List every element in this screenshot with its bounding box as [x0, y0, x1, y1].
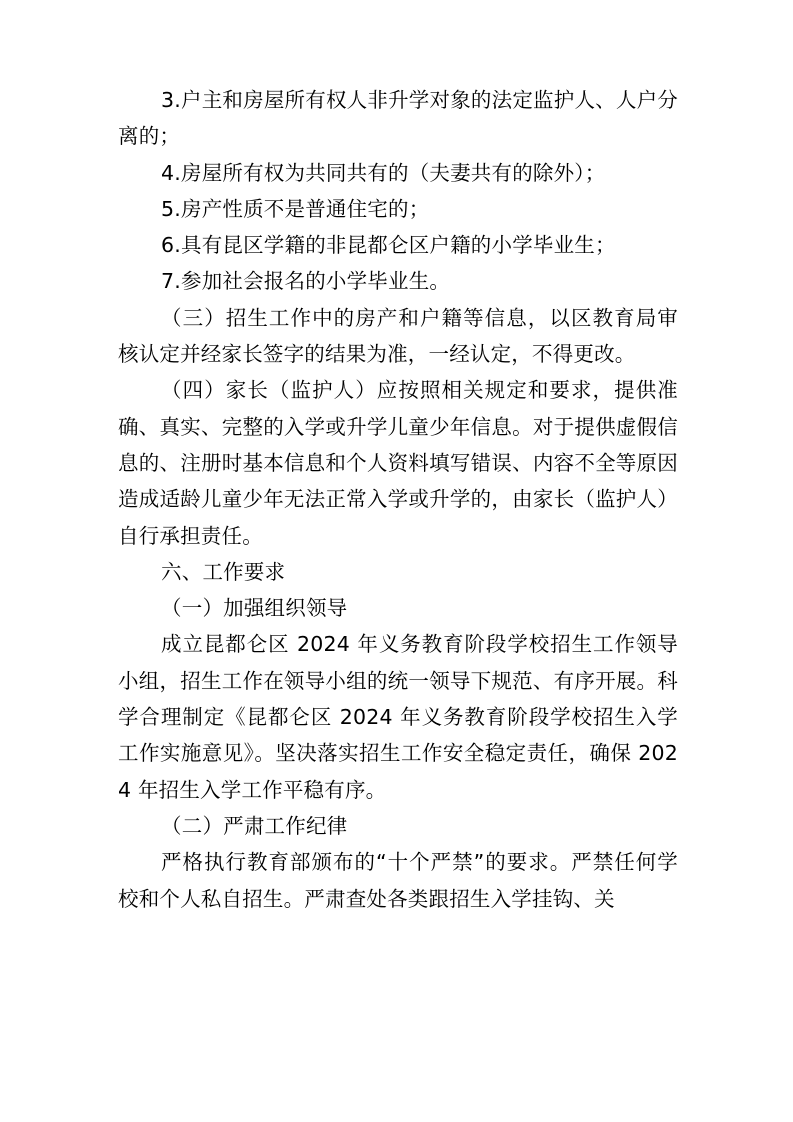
- list-item-3: 3.户主和房屋所有权人非升学对象的法定监护人、人户分离的；: [118, 82, 678, 155]
- paragraph-section-3-info: （三）招生工作中的房产和户籍等信息，以区教育局审核认定并经家长签字的结果为准，一…: [118, 300, 678, 373]
- section-heading-work-requirements: 六、工作要求: [118, 554, 678, 590]
- paragraph-ten-prohibitions: 严格执行教育部颁布的“十个严禁”的要求。严禁任何学校和个人私自招生。严肃查处各类…: [118, 844, 678, 917]
- sub-heading-strengthen-leadership: （一）加强组织领导: [118, 590, 678, 626]
- list-item-4: 4.房屋所有权为共同共有的（夫妻共有的除外）；: [118, 155, 678, 191]
- list-item-7: 7.参加社会报名的小学毕业生。: [118, 263, 678, 299]
- document-page: 3.户主和房屋所有权人非升学对象的法定监护人、人户分离的； 4.房屋所有权为共同…: [118, 82, 678, 917]
- list-item-6: 6.具有昆区学籍的非昆都仑区户籍的小学毕业生；: [118, 227, 678, 263]
- paragraph-section-4-parent-responsibility: （四）家长（监护人）应按照相关规定和要求，提供准确、真实、完整的入学或升学儿童少…: [118, 372, 678, 553]
- sub-heading-work-discipline: （二）严肃工作纪律: [118, 808, 678, 844]
- list-item-5: 5.房产性质不是普通住宅的；: [118, 191, 678, 227]
- paragraph-leadership-group: 成立昆都仑区 2024 年义务教育阶段学校招生工作领导小组，招生工作在领导小组的…: [118, 626, 678, 807]
